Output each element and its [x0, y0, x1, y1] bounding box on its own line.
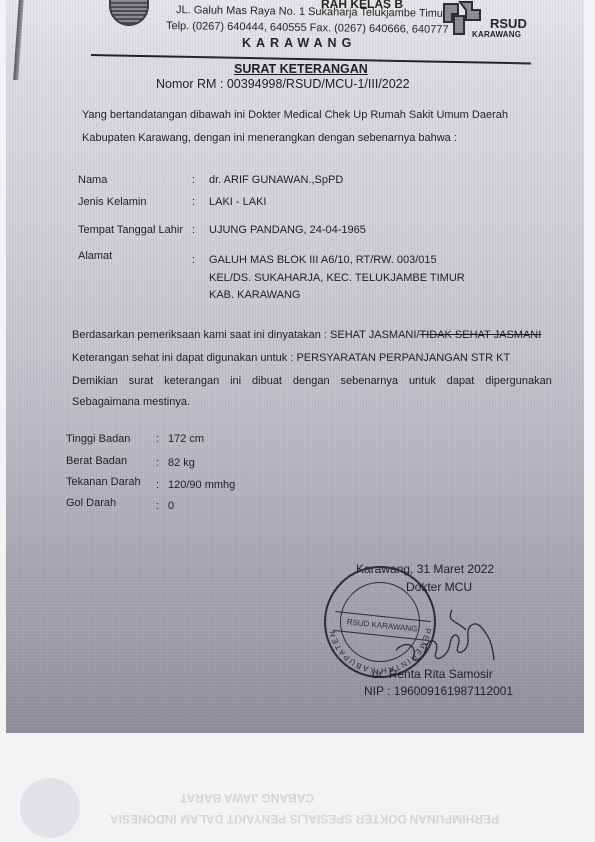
- identity-value-name: dr. ARIF GUNAWAN.,SpPD: [209, 174, 343, 186]
- identity-value-address-3: KAB. KARAWANG: [209, 289, 300, 301]
- closing-line-2: Sebagaimana mestinya.: [72, 396, 190, 408]
- vital-value-weight: 82 kg: [168, 457, 195, 469]
- rsud-logo-subtext: KARAWANG: [472, 30, 521, 39]
- colon: :: [192, 174, 195, 186]
- closing-word: dapat: [447, 375, 475, 387]
- closing-word: keterangan: [164, 375, 219, 387]
- identity-label-name: Nama: [78, 174, 107, 186]
- vital-value-blood-pressure: 120/90 mmhg: [168, 479, 235, 491]
- result-struck: TIDAK SEHAT JASMANI: [419, 329, 541, 341]
- colon: :: [156, 500, 159, 512]
- identity-label-address: Alamat: [78, 250, 112, 262]
- hospital-city: KARAWANG: [242, 36, 356, 50]
- closing-word: untuk: [409, 375, 436, 387]
- colon: :: [192, 196, 195, 208]
- colon: :: [192, 224, 195, 236]
- regency-emblem-icon: [109, 0, 149, 26]
- page-edge-shadow: [13, 0, 24, 80]
- vital-label-height: Tinggi Badan: [66, 433, 130, 445]
- document-title: SURAT KETERANGAN: [234, 62, 368, 76]
- identity-value-address-1: GALUH MAS BLOK III A6/10, RT/RW. 003/015: [209, 254, 437, 266]
- identity-label-birth: Tempat Tanggal Lahir: [78, 224, 183, 236]
- closing-line-1: Demikiansuratketeranganinidibuatdenganse…: [72, 375, 552, 387]
- closing-word: surat: [129, 375, 153, 387]
- signature-name: dr. Renta Rita Samosir: [372, 667, 493, 681]
- closing-word: sebenarnya: [341, 375, 399, 387]
- colon: :: [156, 433, 159, 445]
- closing-word: dipergunakan: [485, 375, 552, 387]
- bleed-through-line-2: CABANG JAWA BARAT: [180, 791, 314, 805]
- closing-word: Demikian: [72, 375, 118, 387]
- vital-label-blood-pressure: Tekanan Darah: [66, 476, 141, 488]
- closing-word: dengan: [293, 375, 330, 387]
- colon: :: [192, 254, 195, 266]
- identity-label-gender: Jenis Kelamin: [78, 196, 146, 208]
- hospital-address: JL. Galuh Mas Raya No. 1 Sukaharja Teluk…: [176, 4, 447, 20]
- purpose-statement: Keterangan sehat ini dapat digunakan unt…: [72, 352, 510, 364]
- vital-label-blood-type: Gol Darah: [66, 497, 116, 509]
- vital-value-height: 172 cm: [168, 433, 204, 445]
- bleed-through-seal: [20, 778, 80, 838]
- vital-label-weight: Berat Badan: [66, 455, 127, 467]
- result-statement: Berdasarkan pemeriksaan kami saat ini di…: [72, 329, 541, 341]
- document-number: Nomor RM : 00394998/RSUD/MCU-1/III/2022: [156, 77, 410, 91]
- rsud-logo-text: RSUD: [490, 16, 527, 31]
- handwritten-signature-icon: [396, 600, 516, 720]
- vital-value-blood-type: 0: [168, 500, 174, 512]
- closing-word: dibuat: [252, 375, 282, 387]
- colon: :: [156, 479, 159, 491]
- bleed-through-line-1: PERHIMPUNAN DOKTER SPESIALIS PENYAKIT DA…: [110, 812, 499, 826]
- hospital-phone: Telp. (0267) 640444, 640555 Fax. (0267) …: [166, 20, 449, 36]
- identity-value-address-2: KEL/DS. SUKAHARJA, KEC. TELUKJAMBE TIMUR: [209, 272, 465, 284]
- intro-line-1: Yang bertandatangan dibawah ini Dokter M…: [82, 109, 508, 121]
- result-prefix: Berdasarkan pemeriksaan kami saat ini di…: [72, 329, 419, 341]
- signature-nip: NIP : 196009161987112001: [364, 684, 513, 698]
- colon: :: [156, 457, 159, 469]
- document-sheet: RAH KELAS B JL. Galuh Mas Raya No. 1 Suk…: [6, 0, 584, 733]
- identity-value-gender: LAKI - LAKI: [209, 196, 266, 208]
- intro-line-2: Kabupaten Karawang, dengan ini menerangk…: [82, 132, 457, 144]
- closing-word: ini: [230, 375, 241, 387]
- identity-value-birth: UJUNG PANDANG, 24-04-1965: [209, 224, 366, 236]
